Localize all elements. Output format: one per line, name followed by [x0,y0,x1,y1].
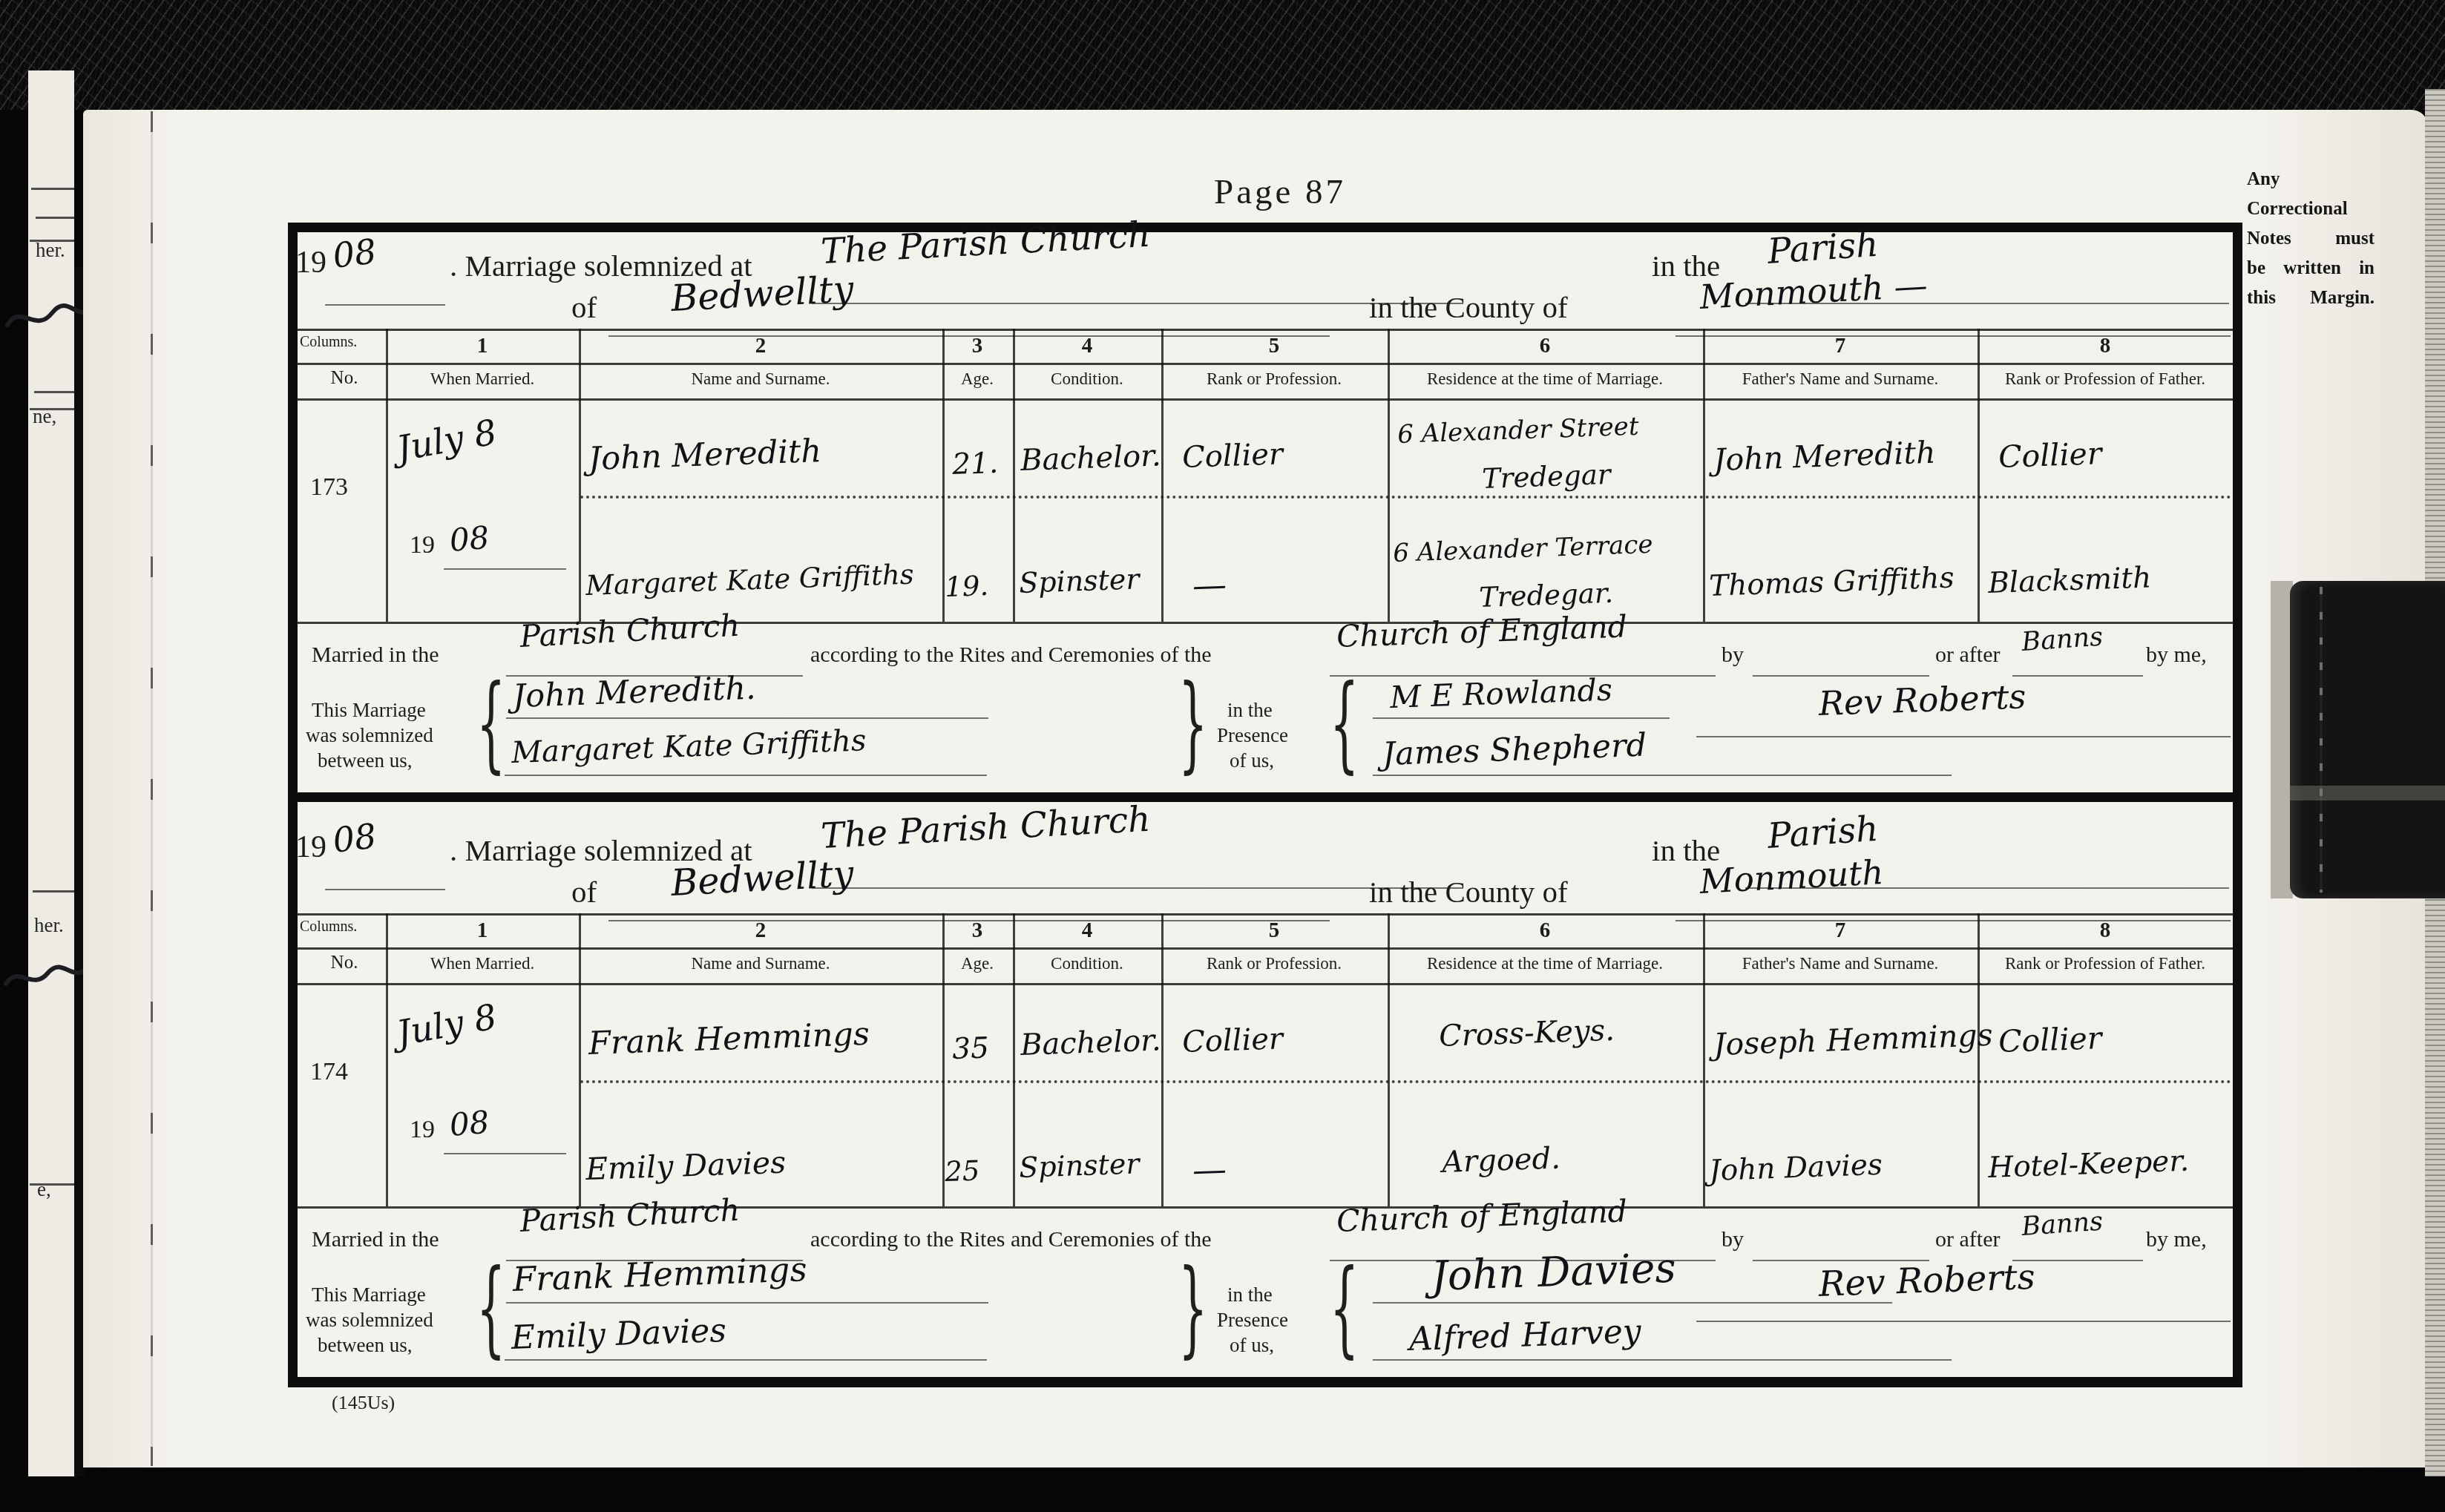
groom-rank: Collier [1181,437,1283,475]
column-number: 3 [944,334,1011,358]
column-label: Condition. [1017,369,1158,389]
header-rule [298,983,2233,985]
column-number: 7 [1707,334,1974,358]
by-label: by [1722,1227,1744,1252]
rites-label: according to the Rites and Ceremonies of… [810,1227,1212,1252]
year-suffix-handwritten: 08 [448,1104,491,1143]
or-after-label: or after [1935,642,2000,668]
year-prefix: 19 [295,829,326,865]
column-divider [1388,913,1390,1206]
bride-condition: Spinster [1018,562,1140,599]
column-label: Residence at the time of Marriage. [1389,954,1701,973]
header-rule [298,913,2233,916]
county-of-label: in the County of [1369,874,1568,910]
witness-signature-1: John Davies [1431,1244,1677,1300]
year-prefix: 19 [295,245,326,280]
signature-line [505,775,987,776]
brace-open: { [476,1246,505,1368]
edge-text-fragment: ne, [33,405,56,428]
blank-line [2012,675,2143,677]
bride-age: 19. [944,570,988,603]
blank-line [812,887,1463,889]
column-label: Rank or Profession of Father. [1975,369,2235,389]
column-label: Rank or Profession. [1163,369,1385,389]
blank-line [325,889,445,890]
presence-label: in the [1227,699,1273,722]
column-label: Condition. [1017,954,1158,973]
edge-text-fragment: e, [37,1178,51,1201]
county-of-label: in the County of [1369,289,1568,325]
bride-residence-line1: Argoed. [1441,1141,1560,1180]
header-rule [298,947,2233,950]
column-label: When Married. [393,954,571,973]
column-label: Rank or Profession of Father. [1975,954,2235,973]
column-number: 4 [1017,334,1158,358]
page-fold-line [151,111,153,1466]
column-divider [1161,329,1164,622]
edge-text-fragment: her. [36,239,65,262]
parish-handwritten: Parish [1766,809,1880,857]
header-rule [298,363,2233,365]
of-label: of [571,874,597,910]
or-after-label: or after [1935,1227,2000,1252]
column-label: Rank or Profession. [1163,954,1385,973]
by-me-label: by me, [2146,642,2207,668]
header-rule [298,329,2233,331]
presence-label: of us, [1230,749,1274,772]
year-prefix: 19 [410,531,435,559]
column-label: Age. [944,954,1011,973]
column-divider [1703,913,1705,1206]
register-frame-left [288,223,298,1387]
year-suffix-handwritten: 08 [330,231,378,276]
column-number: 1 [393,334,571,358]
officiant-signature: Rev Roberts [1818,1257,2036,1305]
margin-note-line: be written in [2247,254,2375,283]
register-frame-top [288,223,2242,232]
presence-label: Presence [1217,1309,1288,1332]
married-in-label: Married in the [312,642,439,668]
handwriting-fragment [1,959,91,996]
blank-line [444,1153,566,1154]
presence-label: of us, [1230,1334,1274,1357]
entry-number: 173 [310,473,348,502]
blank-line [444,568,566,570]
signature-line [1696,736,2231,737]
bride-father-name: John Davies [1708,1148,1883,1188]
banns-handwritten: Banns [2021,622,2104,657]
columns-word: Columns. [300,334,357,351]
column-number: 5 [1163,334,1385,358]
officiant-signature: Rev Roberts [1818,677,2026,723]
bride-father-rank: Blacksmith [1987,561,2152,600]
column-divider [579,913,581,1206]
row-separator-dotted [580,1080,2232,1083]
married-in-label: Married in the [312,1227,439,1252]
groom-condition: Bachelor. [1020,1023,1161,1062]
banns-handwritten: Banns [2021,1206,2104,1242]
groom-age: 21. [951,447,999,481]
groom-residence-line1: Cross-Keys. [1438,1013,1615,1054]
groom-age: 35 [951,1031,989,1066]
column-number: 7 [1707,918,1974,943]
register-page [83,110,2428,1467]
bride-rank: — [1192,1148,1227,1190]
book-cover-texture [0,0,2445,110]
bride-name: Emily Davies [585,1145,787,1187]
signature-line [506,717,988,719]
blank-line [325,304,445,306]
this-marriage-label: was solemnized [306,1309,433,1332]
column-divider [386,329,388,622]
strap-stitch-line [2320,587,2323,893]
witness-signature-2: Alfred Harvey [1408,1312,1641,1358]
leather-strap [2290,581,2445,898]
groom-residence-line2: Tredegar [1481,458,1611,495]
margin-note-line: this Margin. [2247,283,2375,313]
this-marriage-label: between us, [318,1334,412,1357]
entry-number: 174 [310,1058,348,1086]
column-number: 2 [582,334,939,358]
bride-rank: — [1192,564,1227,605]
register-frame-divider [288,792,2242,802]
this-marriage-label: was solemnized [306,724,433,747]
year-prefix: 19 [410,1116,435,1144]
signature-line [1373,1302,1892,1304]
signature-line [1373,775,1952,776]
column-divider [1978,329,1980,622]
parish-handwritten: Parish [1766,224,1880,272]
groom-condition: Bachelor. [1020,438,1161,478]
bride-residence-line2: Tredegar. [1478,577,1613,614]
register-frame-bottom [288,1377,2242,1387]
previous-page-edge [28,70,74,1476]
this-marriage-label: between us, [318,749,412,772]
blank-line [1753,675,1929,677]
column-label: Age. [944,369,1011,389]
column-number: 8 [1975,918,2235,943]
brace-open: { [1330,662,1359,783]
columns-word: Columns. [300,918,357,936]
brace-close: } [1178,1246,1207,1368]
blank-line [812,303,1463,304]
column-divider [1388,329,1390,622]
bride-age: 25 [944,1154,980,1188]
party-signature-bride: Emily Davies [511,1312,726,1357]
column-label-no: No. [315,368,374,389]
header-rule [298,398,2233,401]
margin-note-line: Any Correctional [2247,165,2375,224]
year-suffix-handwritten: 08 [330,815,378,861]
rites-label: according to the Rites and Ceremonies of… [810,642,1212,668]
column-label-no: No. [315,953,374,973]
column-number: 6 [1389,918,1701,943]
scanned-register-photo: { "page": { "page_number": "Page 87", "m… [0,0,2445,1512]
column-divider [1703,329,1705,622]
page-number: Page 87 [1214,172,1346,212]
brace-open: { [1330,1246,1359,1368]
column-label: Father's Name and Surname. [1707,369,1974,389]
column-number: 5 [1163,918,1385,943]
column-label: Residence at the time of Marriage. [1389,369,1701,389]
presence-label: in the [1227,1283,1273,1306]
bride-father-rank: Hotel-Keeper. [1987,1145,2189,1185]
signature-line [1373,1359,1952,1361]
presence-label: Presence [1217,724,1288,747]
column-divider [1013,913,1015,1206]
column-divider [1978,913,1980,1206]
column-number: 1 [393,918,571,943]
by-label: by [1722,642,1744,668]
brace-close: } [1178,662,1207,783]
column-number: 2 [582,918,939,943]
groom-father-rank: Collier [1998,435,2102,475]
this-marriage-label: This Marriage [312,699,426,722]
bride-condition: Spinster [1018,1147,1140,1184]
register-frame-right [2233,223,2242,1387]
by-me-label: by me, [2146,1227,2207,1252]
signature-line [1696,1321,2231,1322]
signature-line [1373,717,1670,719]
column-divider [386,913,388,1206]
column-label: Name and Surname. [582,954,939,973]
signature-line [505,1359,987,1361]
signature-line [506,1302,988,1304]
column-divider [1161,913,1164,1206]
of-label: of [571,289,597,325]
this-marriage-label: This Marriage [312,1283,426,1306]
row-separator-dotted [580,496,2232,499]
column-number: 8 [1975,334,2235,358]
column-number: 4 [1017,918,1158,943]
column-label: Name and Surname. [582,369,939,389]
form-code: (145Us) [332,1392,395,1414]
column-label: Father's Name and Surname. [1707,954,1974,973]
column-divider [579,329,581,622]
column-number: 6 [1389,334,1701,358]
brace-open: { [476,662,505,783]
margin-note: Any Correctional Notes must be written i… [2247,165,2375,313]
margin-note-line: Notes must [2247,224,2375,254]
column-number: 3 [944,918,1011,943]
year-suffix-handwritten: 08 [448,519,491,559]
edge-text-fragment: her. [34,914,64,937]
groom-father-rank: Collier [1998,1020,2102,1059]
groom-rank: Collier [1181,1022,1283,1059]
column-divider [1013,329,1015,622]
strap-seam [2290,786,2445,801]
column-label: When Married. [393,369,571,389]
